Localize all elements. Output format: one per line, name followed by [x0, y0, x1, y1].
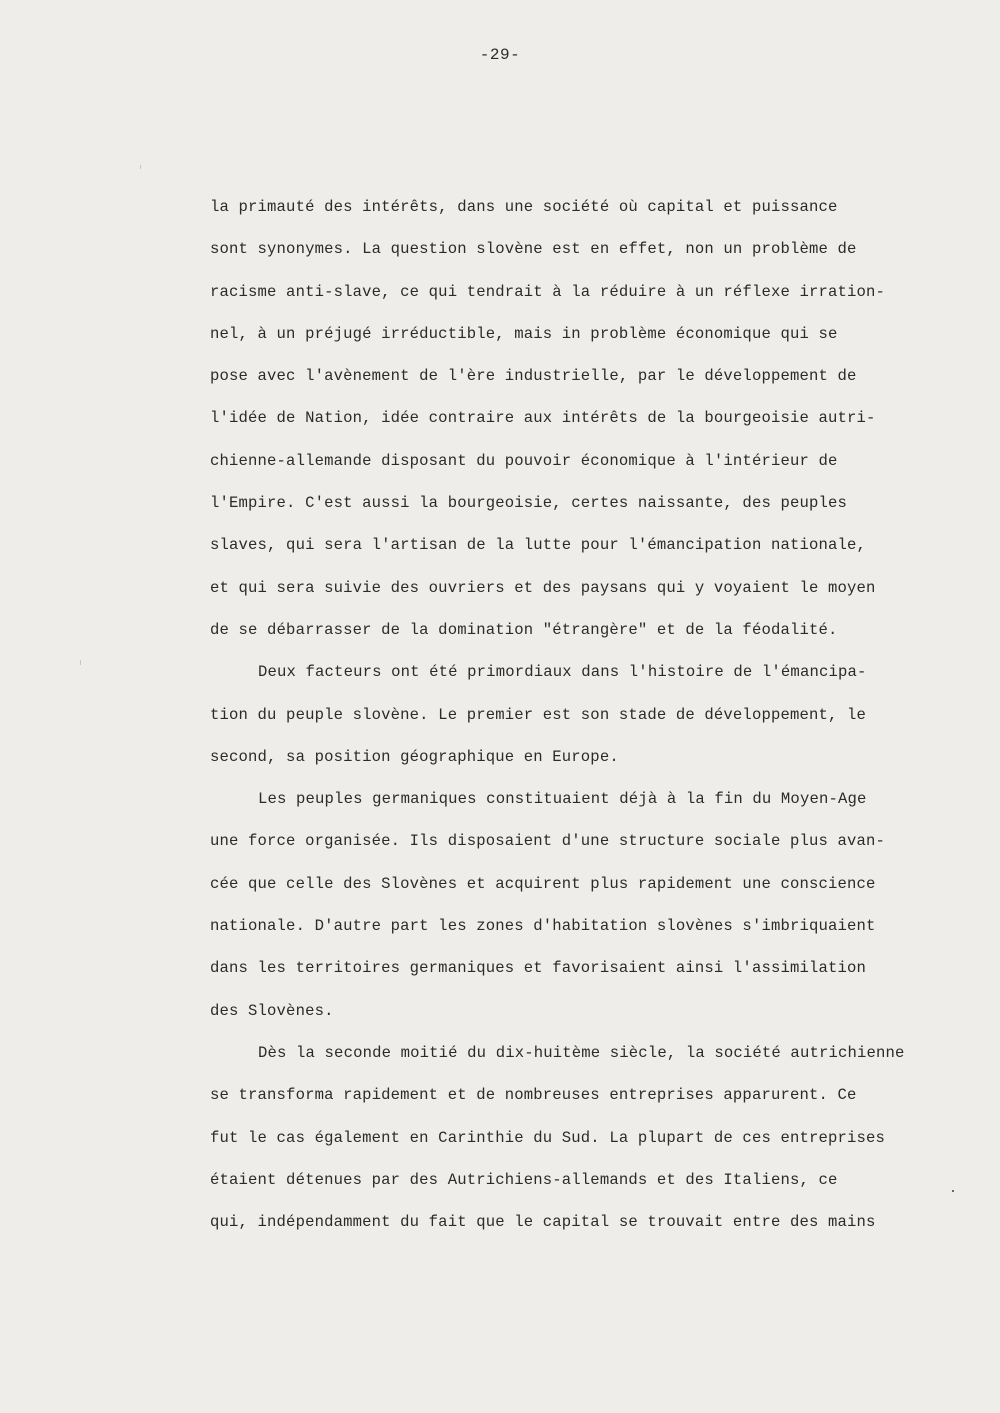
- paragraph-first-line: Les peuples germaniques constituaient dé…: [210, 788, 970, 830]
- text-line: racisme anti-slave, ce qui tendrait à la…: [210, 281, 970, 323]
- text-line: chienne-allemande disposant du pouvoir é…: [210, 450, 970, 492]
- text-line: nationale. D'autre part les zones d'habi…: [210, 915, 970, 957]
- text-line: sont synonymes. La question slovène est …: [210, 238, 970, 280]
- text-line: étaient détenues par des Autrichiens-all…: [210, 1169, 970, 1211]
- page-number: -29-: [0, 46, 1000, 64]
- text-line: et qui sera suivie des ouvriers et des p…: [210, 577, 970, 619]
- paragraph-first-line: Deux facteurs ont été primordiaux dans l…: [210, 661, 970, 703]
- text-line: la primauté des intérêts, dans une socié…: [210, 196, 970, 238]
- text-line: nel, à un préjugé irréductible, mais in …: [210, 323, 970, 365]
- text-line: tion du peuple slovène. Le premier est s…: [210, 704, 970, 746]
- text-line: fut le cas également en Carinthie du Sud…: [210, 1127, 970, 1169]
- text-line: qui, indépendamment du fait que le capit…: [210, 1211, 970, 1253]
- scan-mark: [140, 165, 141, 169]
- text-line: slaves, qui sera l'artisan de la lutte p…: [210, 534, 970, 576]
- text-line: pose avec l'avènement de l'ère industrie…: [210, 365, 970, 407]
- text-line: se transforma rapidement et de nombreuse…: [210, 1084, 970, 1126]
- scan-mark: [80, 660, 81, 665]
- text-line: de se débarrasser de la domination "étra…: [210, 619, 970, 661]
- body-text: la primauté des intérêts, dans une socié…: [210, 196, 970, 1253]
- text-line: l'Empire. C'est aussi la bourgeoisie, ce…: [210, 492, 970, 534]
- text-line: l'idée de Nation, idée contraire aux int…: [210, 407, 970, 449]
- text-line: des Slovènes.: [210, 1000, 970, 1042]
- text-line: second, sa position géographique en Euro…: [210, 746, 970, 788]
- text-line: une force organisée. Ils disposaient d'u…: [210, 830, 970, 872]
- text-line: dans les territoires germaniques et favo…: [210, 957, 970, 999]
- text-line: cée que celle des Slovènes et acquirent …: [210, 873, 970, 915]
- paragraph-first-line: Dès la seconde moitié du dix-huitème siè…: [210, 1042, 970, 1084]
